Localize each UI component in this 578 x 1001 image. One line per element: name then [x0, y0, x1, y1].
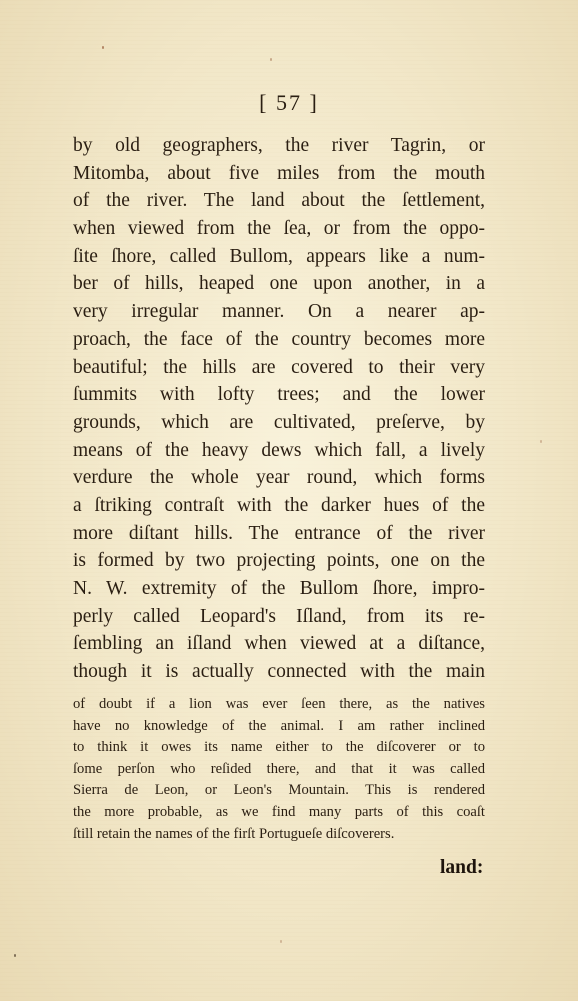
footnote-line: of doubt if a lion was ever ſeen there, …	[73, 694, 485, 716]
paper-speck	[270, 58, 272, 61]
text-line: proach, the face of the country becomes …	[73, 326, 485, 354]
text-line: grounds, which are cultivated, preſerve,…	[73, 409, 485, 437]
text-line: perly called Leopard's Iſland, from its …	[73, 603, 485, 631]
text-line: Mitomba, about five miles from the mouth	[73, 160, 485, 188]
footnote-block: of doubt if a lion was ever ſeen there, …	[73, 694, 485, 845]
text-line: means of the heavy dews which fall, a li…	[73, 437, 485, 465]
text-line: ſite ſhore, called Bullom, appears like …	[73, 243, 485, 271]
catchword: land:	[440, 857, 483, 879]
footnote-line: ſome perſon who reſided there, and that …	[73, 759, 485, 781]
text-line: ber of hills, heaped one upon another, i…	[73, 270, 485, 298]
text-line: when viewed from the ſea, or from the op…	[73, 215, 485, 243]
paper-speck	[540, 440, 542, 443]
main-text-block: by old geographers, the river Tagrin, or…	[73, 132, 485, 686]
footnote-line: ſtill retain the names of the firſt Port…	[73, 824, 485, 846]
text-line: ſembling an iſland when viewed at a diſt…	[73, 630, 485, 658]
text-line: ſummits with lofty trees; and the lower	[73, 381, 485, 409]
text-line: though it is actually connected with the…	[73, 658, 485, 686]
text-line: N. W. extremity of the Bullom ſhore, imp…	[73, 575, 485, 603]
footnote-line: have no knowledge of the animal. I am ra…	[73, 716, 485, 738]
footnote-line: the more probable, as we find many parts…	[73, 802, 485, 824]
footnote-line: to think it owes its name either to the …	[73, 737, 485, 759]
paper-speck	[102, 46, 104, 49]
text-line: by old geographers, the river Tagrin, or	[73, 132, 485, 160]
paper-speck	[280, 940, 282, 943]
page-number: [ 57 ]	[0, 90, 578, 116]
footnote-line: Sierra de Leon, or Leon's Mountain. This…	[73, 780, 485, 802]
book-page: [ 57 ] by old geographers, the river Tag…	[0, 0, 578, 1001]
paper-speck	[14, 954, 16, 957]
text-line: very irregular manner. On a nearer ap-	[73, 298, 485, 326]
text-line: a ſtriking contraſt with the darker hues…	[73, 492, 485, 520]
text-line: beautiful; the hills are covered to thei…	[73, 354, 485, 382]
text-line: verdure the whole year round, which form…	[73, 464, 485, 492]
text-line: is formed by two projecting points, one …	[73, 547, 485, 575]
text-line: of the river. The land about the ſettlem…	[73, 187, 485, 215]
text-line: more diſtant hills. The entrance of the …	[73, 520, 485, 548]
